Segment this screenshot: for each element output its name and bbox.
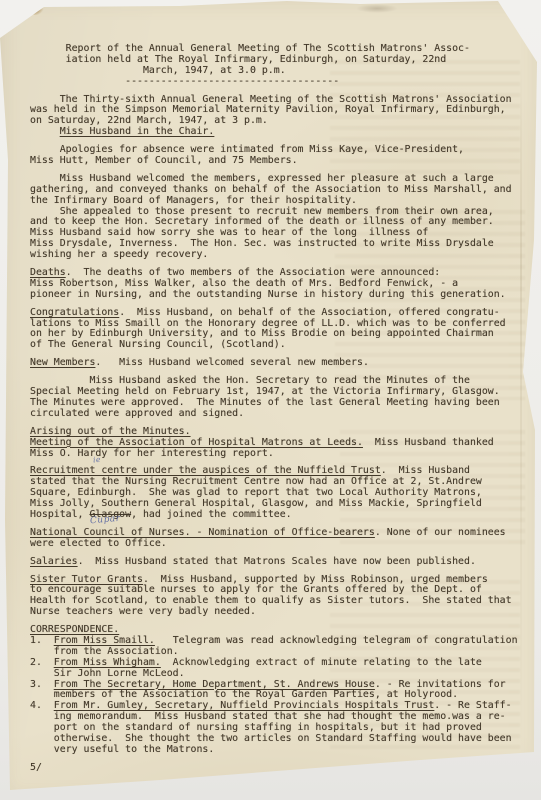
underlined-text: Miss Husband in the Chair.: [60, 126, 215, 137]
text-line: Nurse teachers were very badly needed.: [30, 607, 530, 618]
text-line: wishing her a speedy recovery.: [30, 250, 530, 261]
text-line: were elected to Office.: [30, 539, 530, 550]
typed-text: 4.: [30, 700, 54, 711]
handwritten-annotation: ie: [93, 455, 101, 463]
typed-text: March, 1947, at 3.0 p.m.: [30, 65, 286, 76]
typed-text: on Saturday, 22nd March, 1947, at 3 p.m.: [30, 115, 268, 126]
text-line: ------------------------------------: [30, 77, 530, 88]
typed-text: dyie: [95, 448, 107, 459]
typed-text: . Miss Husband welcomed several new memb…: [95, 357, 368, 368]
typed-text: Miss Drysdale, Inverness. The Hon. Sec. …: [30, 238, 494, 249]
typed-text: members of the Association to the Royal …: [30, 689, 458, 700]
typed-text: . Miss Husband stated that Matrons Scale…: [78, 556, 476, 567]
salaries-paragraph: Salaries. Miss Husband stated that Matro…: [30, 557, 530, 568]
typed-text: Hospital,: [30, 509, 89, 520]
typed-text: ing memorandum. Miss Husband stated that…: [30, 711, 506, 722]
text-line: Miss O. Hardyie for her interesting repo…: [30, 449, 530, 460]
paper-stain: [29, 2, 46, 17]
typed-text: Miss Husband asked the Hon. Secretary to…: [30, 375, 470, 386]
typed-text: The Thirty-sixth Annual General Meeting …: [30, 94, 512, 105]
typed-text: ------------------------------------: [30, 76, 339, 87]
typed-text: lations to Miss Smaill on the Honorary d…: [30, 318, 506, 329]
minutes-paragraph: Miss Husband asked the Hon. Secretary to…: [30, 376, 530, 420]
opening-paragraph: The Thirty-sixth Annual General Meeting …: [30, 95, 530, 139]
underlined-text: Arising out of the Minutes.: [30, 426, 191, 437]
typed-text: to encourage suitable nurses to apply fo…: [30, 584, 482, 595]
typed-text: Miss Husband welcomed the members, expre…: [30, 173, 494, 184]
sister-tutor-paragraph: Sister Tutor Grants. Miss Husband, suppo…: [30, 575, 530, 619]
typed-text: of The General Nursing Council, (Scotlan…: [30, 339, 286, 350]
text-line: Hospital, GlasgowCupar, had joined the c…: [30, 510, 530, 521]
text-line: Meeting of the Association of Hospital M…: [30, 438, 530, 449]
underlined-text: New Members: [30, 357, 95, 368]
text-line: Salaries. Miss Husband stated that Matro…: [30, 557, 530, 568]
underlined-text: Deaths: [30, 267, 66, 278]
text-line: New Members. Miss Husband welcomed sever…: [30, 358, 530, 369]
typed-text: iation held at The Royal Infirmary, Edin…: [30, 54, 446, 65]
new-members-paragraph: New Members. Miss Husband welcomed sever…: [30, 358, 530, 369]
text-line: Miss Hutt, Member of Council, and 75 Mem…: [30, 156, 530, 167]
recruitment-paragraph: Recruitment centre under the auspices of…: [30, 466, 530, 520]
typed-text: for her interesting report.: [107, 448, 273, 459]
underlined-text: Salaries: [30, 556, 78, 567]
typed-text: very useful to the Matrons.: [30, 744, 214, 755]
typed-text: gathering, and conveyed thanks on behalf…: [30, 184, 512, 195]
typed-text: port on the standard of nursing staffing…: [30, 722, 482, 733]
typed-text: Miss O. Har: [30, 448, 95, 459]
correspondence-section: CORRESPONDENCE.1. From Miss Smaill. Tele…: [30, 625, 530, 756]
handwritten-annotation: Cupar: [90, 515, 121, 527]
typed-text: . - Re Staff-: [434, 700, 511, 711]
congratulations-paragraph: Congratulations. Miss Husband, on behalf…: [30, 308, 530, 352]
typed-text: wishing her a speedy recovery.: [30, 249, 208, 260]
typed-text: . The deaths of two members of the Assoc…: [66, 267, 441, 278]
paper-sheet: Report of the Annual General Meeting of …: [0, 0, 541, 800]
typed-text: Apologies for absence were intimated fro…: [30, 144, 464, 155]
national-council-paragraph: National Council of Nurses. - Nomination…: [30, 528, 530, 550]
typed-text: 5/: [30, 762, 42, 773]
typed-text: The Minutes were approved. The Minutes o…: [30, 397, 500, 408]
arising-paragraph: Arising out of the Minutes.Meeting of th…: [30, 427, 530, 460]
typed-text: . Miss Husband, on behalf of the Associa…: [119, 307, 500, 318]
underlined-text: Recruitment centre under the auspices of…: [30, 465, 381, 476]
typed-text: Health for Scotland, to enable them to q…: [30, 595, 512, 606]
typed-text: the Infirmary Board of Managers, for the…: [30, 195, 357, 206]
typed-text: 3.: [30, 679, 54, 690]
welcome-paragraph: Miss Husband welcomed the members, expre…: [30, 174, 530, 261]
typed-text: 1.: [30, 635, 54, 646]
typed-text: from the Association.: [30, 646, 179, 657]
typed-text: . Miss Husband, supported by Miss Robins…: [143, 574, 488, 585]
typed-text: Report of the Annual General Meeting of …: [30, 43, 470, 54]
typed-text: Miss Robertson, Miss Walker, also the de…: [30, 278, 458, 289]
typed-text: , had joined the committee.: [131, 509, 292, 520]
typed-text: on her by Edinburgh University, and to M…: [30, 328, 494, 339]
typed-text: and to keep the Hon. Secretary informed …: [30, 216, 494, 227]
text-line: Miss Husband in the Chair.: [30, 127, 530, 138]
underlined-text: Congratulations: [30, 307, 119, 318]
typed-text: circulated were approved and signed.: [30, 408, 244, 419]
typed-text: [30, 126, 60, 137]
typed-text: . None of our nominees: [375, 527, 506, 538]
underlined-text: Sister Tutor Grants: [30, 574, 143, 585]
typed-text: Telegram was read acknowledging telegram…: [155, 635, 518, 646]
typed-text: Acknowledging extract of minute relating…: [161, 657, 482, 668]
underlined-text: From The Secretary, Home Department, St.…: [54, 679, 375, 690]
underlined-text: From Miss Whigham.: [54, 657, 161, 668]
typed-text: Special Meeting held on February 1st, 19…: [30, 386, 500, 397]
text-line: circulated were approved and signed.: [30, 409, 530, 420]
typed-text: Miss Jolly, Southern General Hospital, G…: [30, 498, 482, 509]
underlined-text: National Council of Nurses. - Nomination…: [30, 527, 375, 538]
typed-text: 2.: [30, 657, 54, 668]
typed-text: Miss Husband said how sorry she was to h…: [30, 227, 428, 238]
underlined-text: From Mr. Gumley, Secretary, Nuffield Pro…: [54, 700, 435, 711]
typed-text: Miss Hutt, Member of Council, and 75 Mem…: [30, 155, 298, 166]
typed-text: Nurse teachers were very badly needed.: [30, 606, 256, 617]
scanned-document-page: Report of the Annual General Meeting of …: [0, 0, 541, 800]
paper-smudge: [356, 4, 398, 13]
typed-text: Miss Husband thanked: [363, 437, 494, 448]
document-body: Report of the Annual General Meeting of …: [30, 44, 530, 781]
typed-text: was held in the Simpson Memorial Materni…: [30, 104, 506, 115]
text-line: pioneer in Nursing, and the outstanding …: [30, 290, 530, 301]
underlined-text: CORRESPONDENCE.: [30, 624, 119, 635]
typed-text: . Miss Husband: [381, 465, 470, 476]
typed-text: pioneer in Nursing, and the outstanding …: [30, 289, 506, 300]
text-line: 5/: [30, 763, 530, 774]
typed-text: otherwise. She thought the two articles …: [30, 733, 512, 744]
typed-text: She appealed to those present to recruit…: [30, 206, 494, 217]
typed-text: Square, Edinburgh. She was glad to repor…: [30, 487, 482, 498]
typed-text: . - Re invitations for: [375, 679, 506, 690]
deaths-paragraph: Deaths. The deaths of two members of the…: [30, 268, 530, 301]
underlined-text: From Miss Smaill.: [54, 635, 155, 646]
text-line: of The General Nursing Council, (Scotlan…: [30, 340, 530, 351]
apologies-paragraph: Apologies for absence were intimated fro…: [30, 145, 530, 167]
typed-text: stated that the Nursing Recruitment Cent…: [30, 476, 482, 487]
typed-text: Sir John Lorne McLeod.: [30, 668, 185, 679]
underlined-text: Meeting of the Association of Hospital M…: [30, 437, 363, 448]
page-number: 5/: [30, 763, 530, 774]
struck-text: GlasgowCupar: [89, 509, 131, 520]
typed-text: were elected to Office.: [30, 538, 167, 549]
text-line: very useful to the Matrons.: [30, 745, 530, 756]
title: Report of the Annual General Meeting of …: [30, 44, 530, 88]
